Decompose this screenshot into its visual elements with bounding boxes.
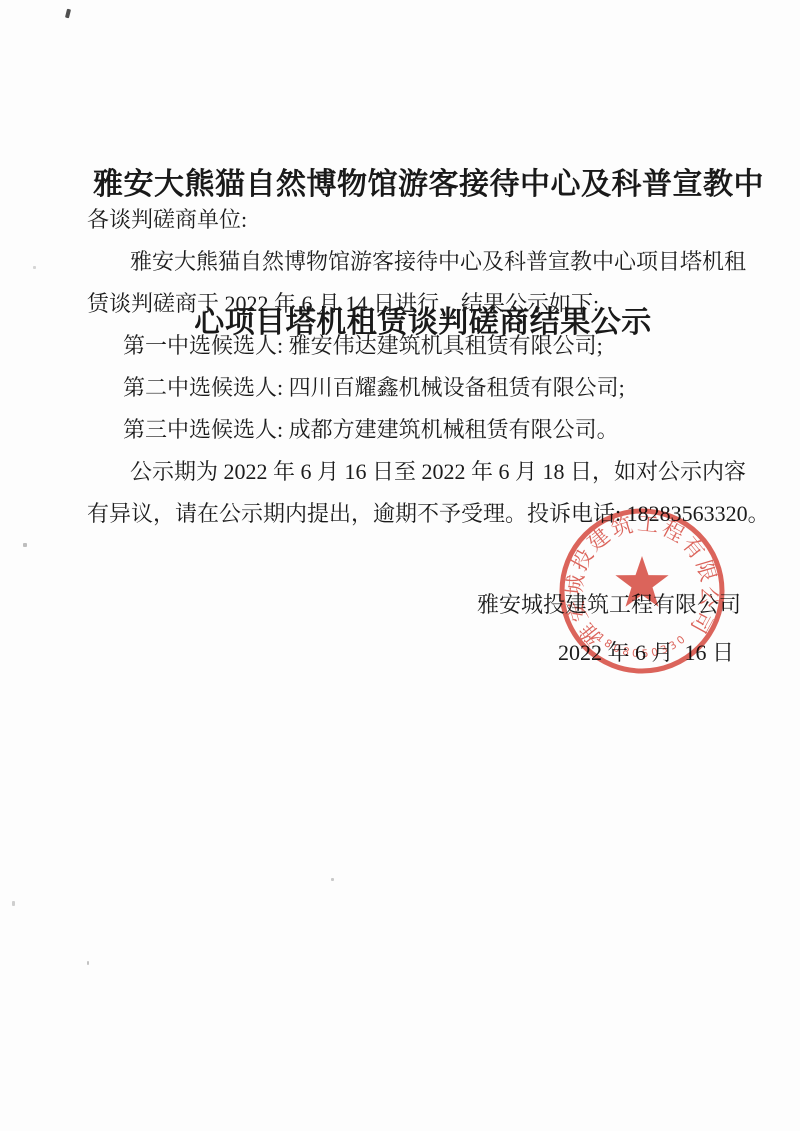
body-line-2: 雅安大熊猫自然博物馆游客接待中心及科普宣教中心项目塔机租 <box>87 241 767 283</box>
star-icon <box>615 556 668 607</box>
company-seal-stamp: 雅安城投建筑工程有限公司 1808050330 <box>532 481 752 701</box>
body-line-4: 第一中选候选人: 雅安伟达建筑机具租赁有限公司; <box>87 325 767 367</box>
document-page: 雅安大熊猫自然博物馆游客接待中心及科普宣教中 心项目塔机租赁谈判磋商结果公示 各… <box>0 0 800 1131</box>
scan-speck <box>12 901 15 906</box>
seal-serial-number: 1808050330 <box>594 631 690 660</box>
scan-speck <box>23 543 27 547</box>
body-line-5: 第二中选候选人: 四川百耀鑫机械设备租赁有限公司; <box>87 367 767 409</box>
scan-speck <box>33 266 36 269</box>
body-line-6: 第三中选候选人: 成都方建建筑机械租赁有限公司。 <box>87 409 767 451</box>
scan-speck <box>331 878 334 881</box>
scan-speck <box>87 961 89 965</box>
scan-speck <box>65 9 71 19</box>
body-line-3: 赁谈判磋商于 2022 年 6 月 14 日进行，结果公示如下: <box>87 283 767 325</box>
body-line-1: 各谈判磋商单位: <box>87 199 767 241</box>
